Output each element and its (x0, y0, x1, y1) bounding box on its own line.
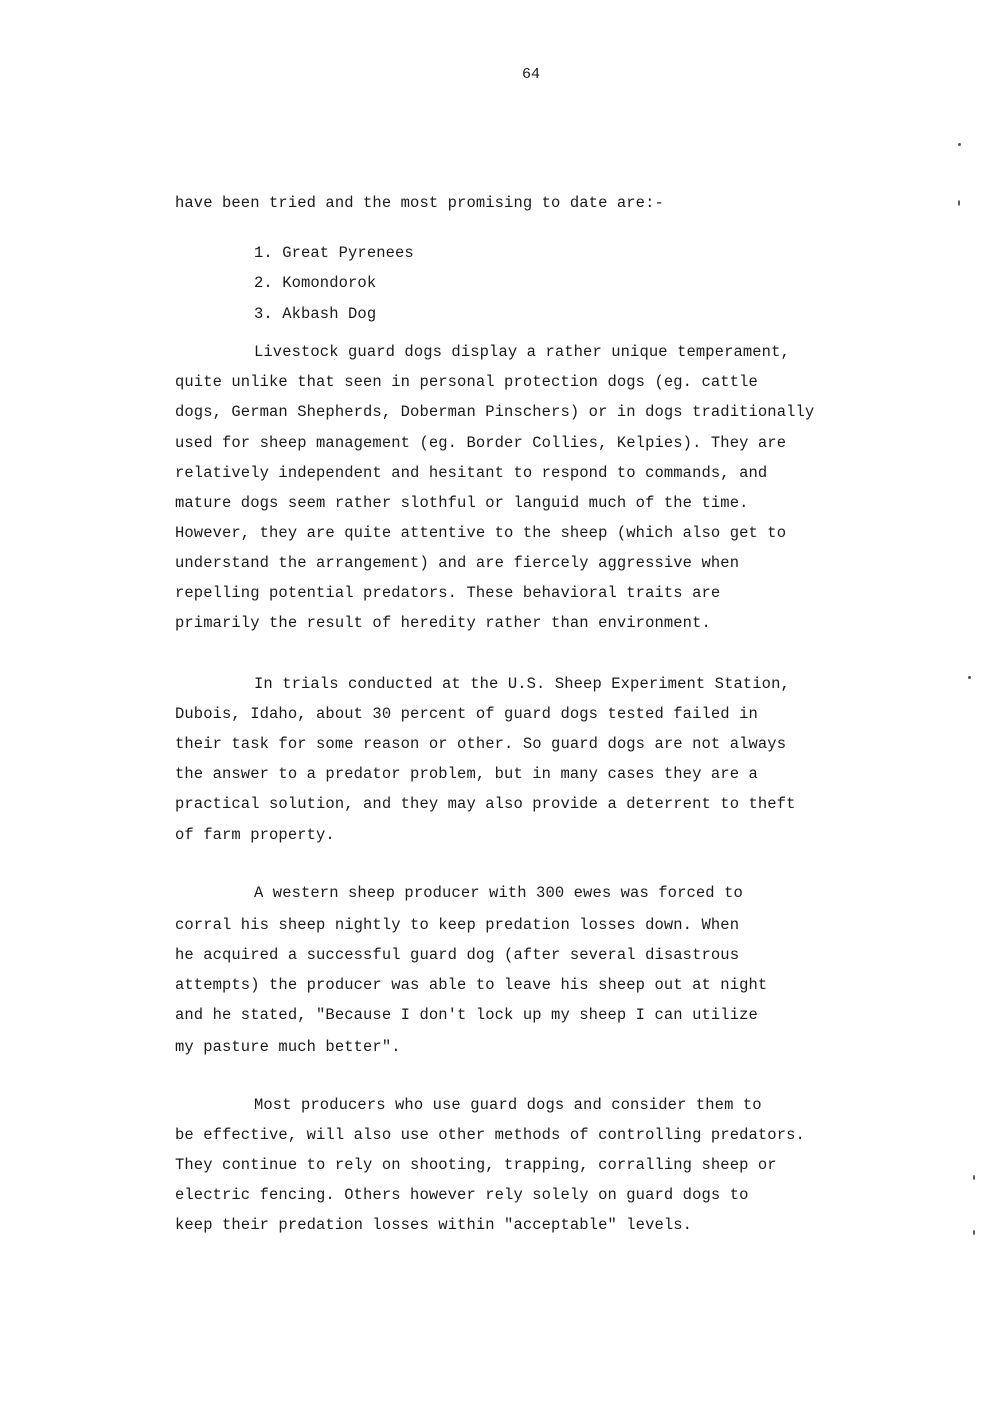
paragraph-line: of farm property. (175, 826, 335, 844)
paragraph-line: be effective, will also use other method… (175, 1126, 805, 1144)
paragraph-line: mature dogs seem rather slothful or lang… (175, 494, 749, 512)
paragraph-line: However, they are quite attentive to the… (175, 524, 786, 542)
paragraph-line: In trials conducted at the U.S. Sheep Ex… (254, 675, 790, 693)
paragraph-line: understand the arrangement) and are fier… (175, 554, 739, 572)
paragraph-line: Livestock guard dogs display a rather un… (254, 343, 790, 361)
list-item: 1. Great Pyrenees (254, 244, 414, 262)
paragraph-line: attempts) the producer was able to leave… (175, 976, 767, 994)
paragraph-line: the answer to a predator problem, but in… (175, 765, 758, 783)
paragraph-line: my pasture much better". (175, 1038, 401, 1056)
list-item: 3. Akbash Dog (254, 305, 376, 323)
scan-speck (973, 1175, 975, 1180)
intro-line: have been tried and the most promising t… (175, 194, 664, 212)
paragraph-line: practical solution, and they may also pr… (175, 795, 796, 813)
scan-speck (958, 143, 961, 146)
list-item: 2. Komondorok (254, 274, 376, 292)
page-number: 64 (522, 66, 540, 83)
scan-speck (973, 1230, 975, 1235)
paragraph-line: used for sheep management (eg. Border Co… (175, 434, 786, 452)
paragraph-line: repelling potential predators. These beh… (175, 584, 720, 602)
paragraph-line: A western sheep producer with 300 ewes w… (254, 884, 743, 902)
paragraph-line: Dubois, Idaho, about 30 percent of guard… (175, 705, 758, 723)
paragraph-line: electric fencing. Others however rely so… (175, 1186, 749, 1204)
scan-speck (958, 200, 960, 206)
paragraph-line: and he stated, "Because I don't lock up … (175, 1006, 758, 1024)
paragraph-line: he acquired a successful guard dog (afte… (175, 946, 739, 964)
scan-speck (968, 676, 971, 679)
paragraph-line: their task for some reason or other. So … (175, 735, 786, 753)
paragraph-line: quite unlike that seen in personal prote… (175, 373, 758, 391)
paragraph-line: primarily the result of heredity rather … (175, 614, 711, 632)
paragraph-line: dogs, German Shepherds, Doberman Pinsche… (175, 403, 814, 421)
paragraph-line: They continue to rely on shooting, trapp… (175, 1156, 777, 1174)
paragraph-line: corral his sheep nightly to keep predati… (175, 916, 739, 934)
paragraph-line: keep their predation losses within "acce… (175, 1216, 692, 1234)
paragraph-line: Most producers who use guard dogs and co… (254, 1096, 762, 1114)
paragraph-line: relatively independent and hesitant to r… (175, 464, 767, 482)
